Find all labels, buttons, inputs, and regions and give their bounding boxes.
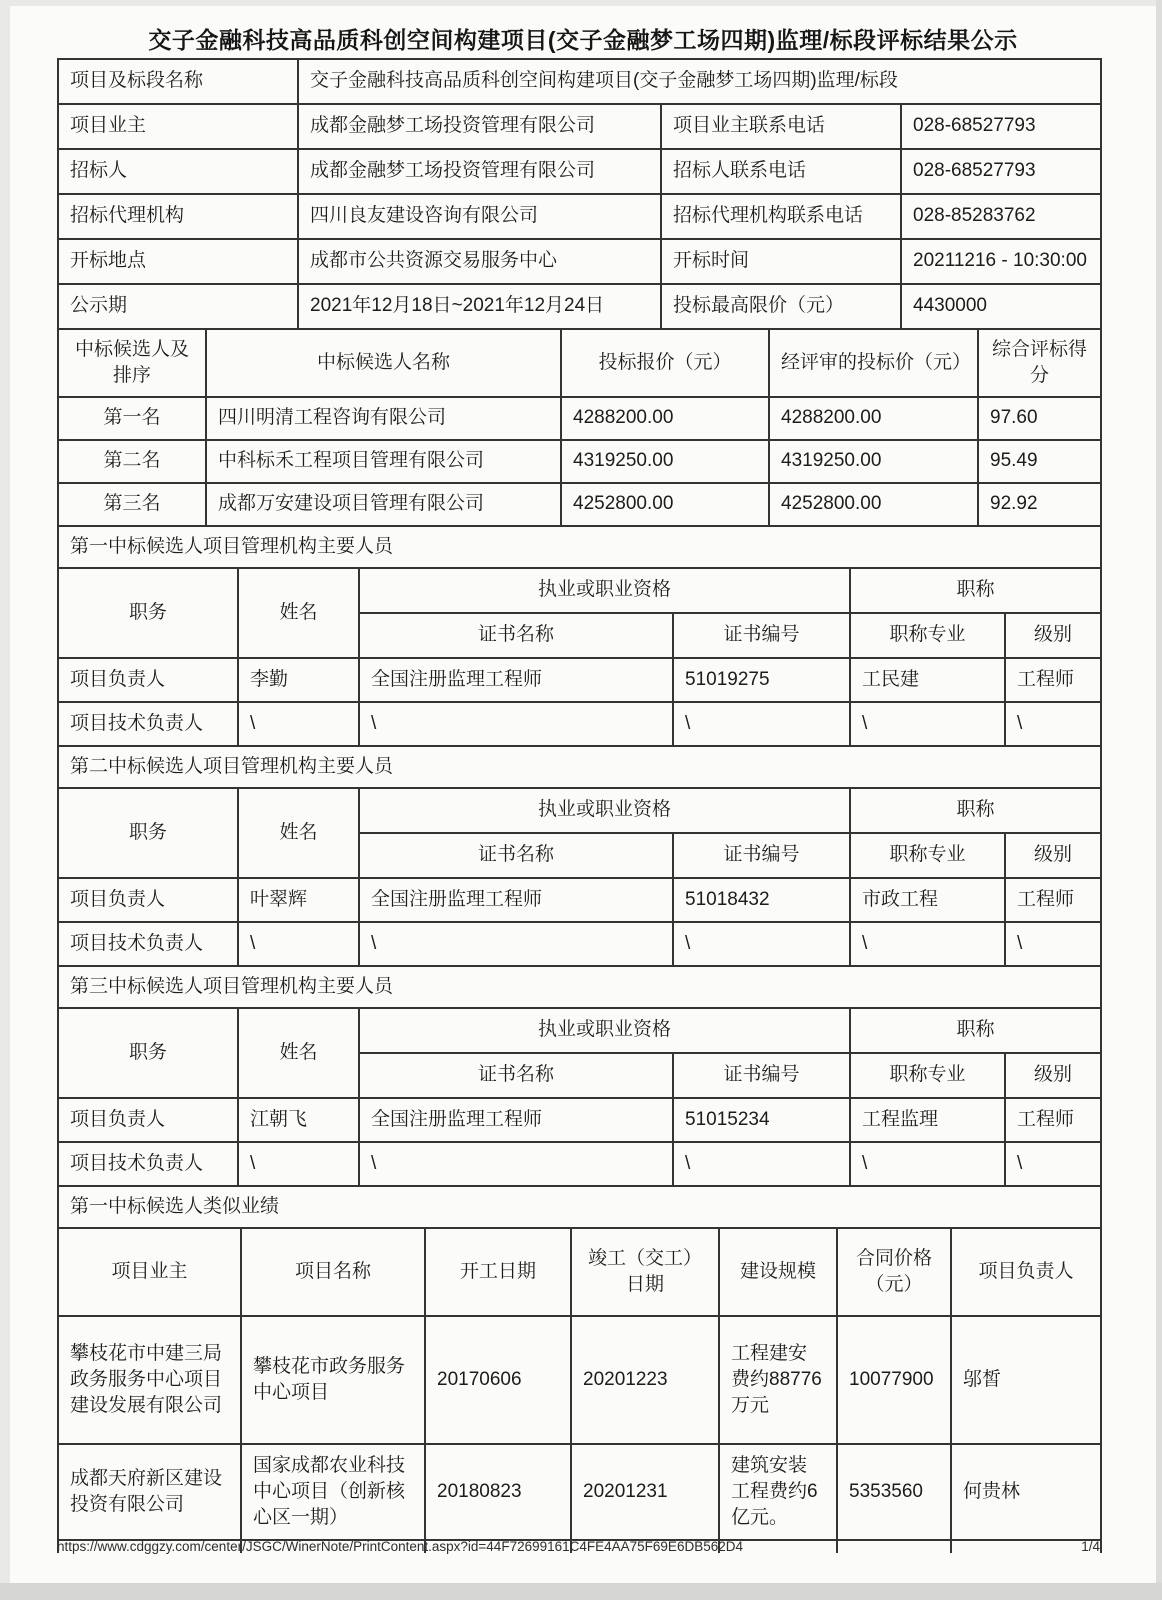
column-header: 执业或职业资格 <box>359 1008 850 1053</box>
info-value: 20211216 - 10:30:00 <box>901 239 1101 284</box>
name-cell: 江朝飞 <box>238 1098 359 1142</box>
name-cell: \ <box>238 702 359 746</box>
level-cell: \ <box>1005 702 1101 746</box>
table-row: 开标地点 成都市公共资源交易服务中心 开标时间 20211216 - 10:30… <box>58 239 1101 284</box>
table-row: 公示期 2021年12月18日~2021年12月24日 投标最高限价（元） 44… <box>58 284 1101 329</box>
table-header-row: 职务 姓名 执业或职业资格 职称 <box>58 788 1101 833</box>
table-row: 项目负责人 叶翠辉 全国注册监理工程师 51018432 市政工程 工程师 <box>58 878 1101 922</box>
column-header: 合同价格（元） <box>837 1228 951 1316</box>
bid-price-cell: 4319250.00 <box>561 440 769 483</box>
info-value: 028-85283762 <box>901 194 1101 239</box>
table-row: 第三名 成都万安建设项目管理有限公司 4252800.00 4252800.00… <box>58 483 1101 526</box>
level-cell: 工程师 <box>1005 878 1101 922</box>
company-cell: 四川明清工程咨询有限公司 <box>206 397 561 440</box>
column-header: 经评审的投标价（元） <box>769 329 978 397</box>
table-row: 成都天府新区建设投资有限公司 国家成都农业科技中心项目（创新核心区一期） 201… <box>58 1444 1101 1540</box>
column-header: 综合评标得分 <box>978 329 1101 397</box>
evaluated-price-cell: 4252800.00 <box>769 483 978 526</box>
owner-cell: 成都天府新区建设投资有限公司 <box>58 1444 241 1540</box>
column-header: 证书编号 <box>673 833 850 878</box>
info-value: 成都金融梦工场投资管理有限公司 <box>298 104 661 149</box>
score-cell: 95.49 <box>978 440 1101 483</box>
column-header: 中标候选人名称 <box>206 329 561 397</box>
table-row: 项目技术负责人 \ \ \ \ \ <box>58 702 1101 746</box>
info-label: 项目业主 <box>58 104 298 149</box>
achievements-table: 项目业主 项目名称 开工日期 竣工（交工）日期 建设规模 合同价格（元） 项目负… <box>57 1227 1102 1553</box>
page-number: 1/4 <box>1081 1539 1100 1554</box>
name-cell: \ <box>238 1142 359 1186</box>
start-date-cell: 20180823 <box>425 1444 571 1540</box>
cert-name-cell: 全国注册监理工程师 <box>359 1098 673 1142</box>
duty-cell: 项目技术负责人 <box>58 922 238 966</box>
contract-price-cell: 5353560 <box>837 1444 951 1540</box>
column-header: 证书编号 <box>673 1053 850 1098</box>
section-title: 第三中标候选人项目管理机构主要人员 <box>58 966 1101 1008</box>
score-cell: 92.92 <box>978 483 1101 526</box>
rank-cell: 第三名 <box>58 483 206 526</box>
section-title: 第一中标候选人项目管理机构主要人员 <box>58 526 1101 568</box>
column-header: 证书名称 <box>359 833 673 878</box>
project-name-cell: 攀枝花市政务服务中心项目 <box>241 1316 425 1444</box>
major-cell: \ <box>850 702 1005 746</box>
column-header: 职称 <box>850 568 1101 613</box>
column-header: 证书名称 <box>359 1053 673 1098</box>
column-header: 职称 <box>850 1008 1101 1053</box>
start-date-cell: 20170606 <box>425 1316 571 1444</box>
info-label: 招标人联系电话 <box>661 149 901 194</box>
table-row: 项目负责人 李勤 全国注册监理工程师 51019275 工民建 工程师 <box>58 658 1101 702</box>
info-label: 投标最高限价（元） <box>661 284 901 329</box>
section-title-table: 第三中标候选人项目管理机构主要人员 <box>57 965 1102 1009</box>
cert-name-cell: 全国注册监理工程师 <box>359 878 673 922</box>
column-header: 职称专业 <box>850 1053 1005 1098</box>
info-label: 招标人 <box>58 149 298 194</box>
score-cell: 97.60 <box>978 397 1101 440</box>
scale-cell: 建筑安装工程费约6亿元。 <box>719 1444 837 1540</box>
column-header: 级别 <box>1005 1053 1101 1098</box>
personnel-table-3: 职务 姓名 执业或职业资格 职称 证书名称 证书编号 职称专业 级别 项目负责人… <box>57 1007 1102 1187</box>
table-row: 第二中标候选人项目管理机构主要人员 <box>58 746 1101 788</box>
cert-no-cell: 51015234 <box>673 1098 850 1142</box>
scale-cell: 工程建安费约88776万元 <box>719 1316 837 1444</box>
manager-cell: 邬皙 <box>951 1316 1101 1444</box>
table-row: 项目技术负责人 \ \ \ \ \ <box>58 1142 1101 1186</box>
info-value: 2021年12月18日~2021年12月24日 <box>298 284 661 329</box>
column-header: 建设规模 <box>719 1228 837 1316</box>
column-header: 级别 <box>1005 833 1101 878</box>
info-table: 项目及标段名称 交子金融科技高品质科创空间构建项目(交子金融梦工场四期)监理/标… <box>57 58 1102 330</box>
info-label: 招标代理机构 <box>58 194 298 239</box>
info-label: 公示期 <box>58 284 298 329</box>
evaluated-price-cell: 4288200.00 <box>769 397 978 440</box>
level-cell: 工程师 <box>1005 658 1101 702</box>
bid-price-cell: 4288200.00 <box>561 397 769 440</box>
info-label: 项目及标段名称 <box>58 59 298 104</box>
cert-no-cell: 51018432 <box>673 878 850 922</box>
project-name-cell: 国家成都农业科技中心项目（创新核心区一期） <box>241 1444 425 1540</box>
column-header: 职称专业 <box>850 833 1005 878</box>
column-header: 职称 <box>850 788 1101 833</box>
screenshot-root: { "doc": { "title": "交子金融科技高品质科创空间构建项目(交… <box>0 0 1162 1600</box>
duty-cell: 项目负责人 <box>58 1098 238 1142</box>
info-label: 项目业主联系电话 <box>661 104 901 149</box>
section-title: 第一中标候选人类似业绩 <box>58 1186 1101 1228</box>
level-cell: \ <box>1005 1142 1101 1186</box>
column-header: 职务 <box>58 788 238 878</box>
finish-date-cell: 20201231 <box>571 1444 719 1540</box>
column-header: 执业或职业资格 <box>359 788 850 833</box>
cert-name-cell: \ <box>359 922 673 966</box>
duty-cell: 项目技术负责人 <box>58 1142 238 1186</box>
personnel-table-1: 职务 姓名 执业或职业资格 职称 证书名称 证书编号 职称专业 级别 项目负责人… <box>57 567 1102 747</box>
duty-cell: 项目负责人 <box>58 878 238 922</box>
cert-name-cell: 全国注册监理工程师 <box>359 658 673 702</box>
table-header-row: 项目业主 项目名称 开工日期 竣工（交工）日期 建设规模 合同价格（元） 项目负… <box>58 1228 1101 1316</box>
finish-date-cell: 20201223 <box>571 1316 719 1444</box>
duty-cell: 项目技术负责人 <box>58 702 238 746</box>
table-row: 第一中标候选人项目管理机构主要人员 <box>58 526 1101 568</box>
name-cell: \ <box>238 922 359 966</box>
cert-name-cell: \ <box>359 702 673 746</box>
duty-cell: 项目负责人 <box>58 658 238 702</box>
level-cell: 工程师 <box>1005 1098 1101 1142</box>
table-row: 招标代理机构 四川良友建设咨询有限公司 招标代理机构联系电话 028-85283… <box>58 194 1101 239</box>
major-cell: \ <box>850 1142 1005 1186</box>
manager-cell: 何贵林 <box>951 1444 1101 1540</box>
info-label: 招标代理机构联系电话 <box>661 194 901 239</box>
table-row: 项目及标段名称 交子金融科技高品质科创空间构建项目(交子金融梦工场四期)监理/标… <box>58 59 1101 104</box>
column-header: 项目负责人 <box>951 1228 1101 1316</box>
column-header: 姓名 <box>238 788 359 878</box>
table-row: 项目技术负责人 \ \ \ \ \ <box>58 922 1101 966</box>
column-header: 竣工（交工）日期 <box>571 1228 719 1316</box>
table-row: 项目负责人 江朝飞 全国注册监理工程师 51015234 工程监理 工程师 <box>58 1098 1101 1142</box>
column-header: 职称专业 <box>850 613 1005 658</box>
column-header: 证书编号 <box>673 613 850 658</box>
info-value: 4430000 <box>901 284 1101 329</box>
section-title-table: 第一中标候选人类似业绩 <box>57 1185 1102 1229</box>
info-value: 成都市公共资源交易服务中心 <box>298 239 661 284</box>
table-row: 第一中标候选人类似业绩 <box>58 1186 1101 1228</box>
section-title: 第二中标候选人项目管理机构主要人员 <box>58 746 1101 788</box>
column-header: 项目业主 <box>58 1228 241 1316</box>
info-value: 028-68527793 <box>901 104 1101 149</box>
bid-price-cell: 4252800.00 <box>561 483 769 526</box>
page-footer: https://www.cdggzy.com/center/JSGC/Winer… <box>57 1539 1100 1554</box>
column-header: 证书名称 <box>359 613 673 658</box>
table-header-row: 中标候选人及排序 中标候选人名称 投标报价（元） 经评审的投标价（元） 综合评标… <box>58 329 1101 397</box>
cert-no-cell: \ <box>673 922 850 966</box>
table-row: 攀枝花市中建三局政务服务中心项目建设发展有限公司 攀枝花市政务服务中心项目 20… <box>58 1316 1101 1444</box>
evaluated-price-cell: 4319250.00 <box>769 440 978 483</box>
column-header: 职务 <box>58 1008 238 1098</box>
table-row: 第三中标候选人项目管理机构主要人员 <box>58 966 1101 1008</box>
major-cell: 市政工程 <box>850 878 1005 922</box>
table-header-row: 职务 姓名 执业或职业资格 职称 <box>58 1008 1101 1053</box>
page-title: 交子金融科技高品质科创空间构建项目(交子金融梦工场四期)监理/标段评标结果公示 <box>10 6 1156 58</box>
footer-url: https://www.cdggzy.com/center/JSGC/Winer… <box>57 1539 743 1554</box>
section-title-table: 第一中标候选人项目管理机构主要人员 <box>57 525 1102 569</box>
photo-edge-shade <box>1156 0 1162 1583</box>
cert-no-cell: \ <box>673 702 850 746</box>
column-header: 开工日期 <box>425 1228 571 1316</box>
candidates-table: 中标候选人及排序 中标候选人名称 投标报价（元） 经评审的投标价（元） 综合评标… <box>57 328 1102 527</box>
bottom-gray-bar <box>0 1583 1162 1600</box>
contract-price-cell: 10077900 <box>837 1316 951 1444</box>
column-header: 项目名称 <box>241 1228 425 1316</box>
rank-cell: 第一名 <box>58 397 206 440</box>
cert-no-cell: \ <box>673 1142 850 1186</box>
column-header: 职务 <box>58 568 238 658</box>
document-page: 交子金融科技高品质科创空间构建项目(交子金融梦工场四期)监理/标段评标结果公示 … <box>10 6 1156 1583</box>
name-cell: 叶翠辉 <box>238 878 359 922</box>
info-value: 成都金融梦工场投资管理有限公司 <box>298 149 661 194</box>
company-cell: 中科标禾工程项目管理有限公司 <box>206 440 561 483</box>
table-row: 第一名 四川明清工程咨询有限公司 4288200.00 4288200.00 9… <box>58 397 1101 440</box>
cert-name-cell: \ <box>359 1142 673 1186</box>
column-header: 中标候选人及排序 <box>58 329 206 397</box>
major-cell: \ <box>850 922 1005 966</box>
major-cell: 工程监理 <box>850 1098 1005 1142</box>
column-header: 投标报价（元） <box>561 329 769 397</box>
company-cell: 成都万安建设项目管理有限公司 <box>206 483 561 526</box>
info-value: 028-68527793 <box>901 149 1101 194</box>
column-header: 执业或职业资格 <box>359 568 850 613</box>
table-header-row: 职务 姓名 执业或职业资格 职称 <box>58 568 1101 613</box>
name-cell: 李勤 <box>238 658 359 702</box>
rank-cell: 第二名 <box>58 440 206 483</box>
info-label: 开标时间 <box>661 239 901 284</box>
level-cell: \ <box>1005 922 1101 966</box>
cert-no-cell: 51019275 <box>673 658 850 702</box>
personnel-table-2: 职务 姓名 执业或职业资格 职称 证书名称 证书编号 职称专业 级别 项目负责人… <box>57 787 1102 967</box>
info-label: 开标地点 <box>58 239 298 284</box>
section-title-table: 第二中标候选人项目管理机构主要人员 <box>57 745 1102 789</box>
column-header: 级别 <box>1005 613 1101 658</box>
info-value: 交子金融科技高品质科创空间构建项目(交子金融梦工场四期)监理/标段 <box>298 59 1101 104</box>
table-row: 项目业主 成都金融梦工场投资管理有限公司 项目业主联系电话 028-685277… <box>58 104 1101 149</box>
major-cell: 工民建 <box>850 658 1005 702</box>
column-header: 姓名 <box>238 1008 359 1098</box>
info-value: 四川良友建设咨询有限公司 <box>298 194 661 239</box>
table-row: 招标人 成都金融梦工场投资管理有限公司 招标人联系电话 028-68527793 <box>58 149 1101 194</box>
table-row: 第二名 中科标禾工程项目管理有限公司 4319250.00 4319250.00… <box>58 440 1101 483</box>
column-header: 姓名 <box>238 568 359 658</box>
owner-cell: 攀枝花市中建三局政务服务中心项目建设发展有限公司 <box>58 1316 241 1444</box>
